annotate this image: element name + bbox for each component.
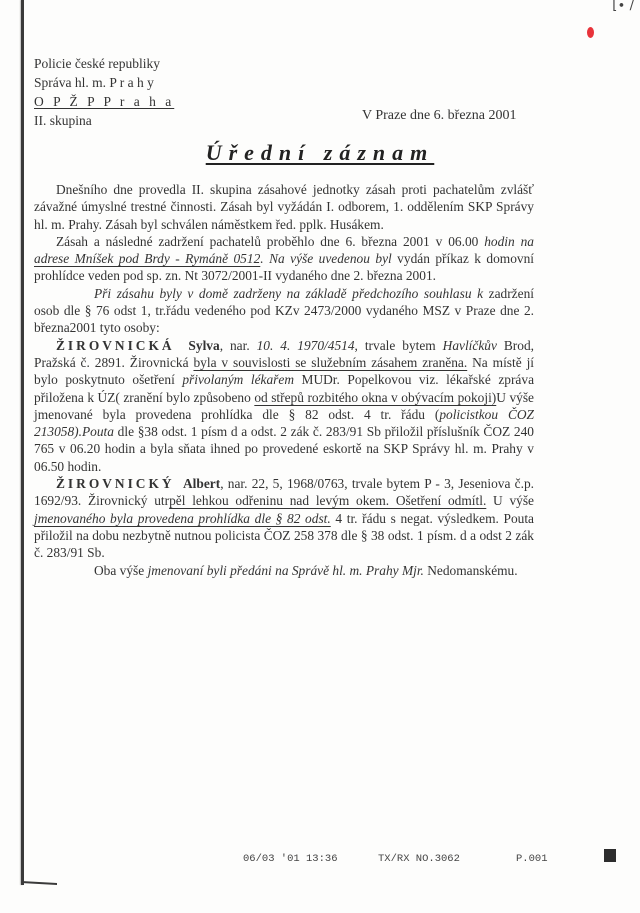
first-name: Sylva [188,338,219,353]
letterhead: Policie české republiky Správa hl. m. P … [34,54,174,130]
fax-timestamp: 06/03 '01 13:36 [243,853,338,865]
org-administration: Správa hl. m. P r a h y [34,73,174,92]
injury-underlined: pěl lehkou odřeninu nad levým okem. Ošet… [169,493,486,508]
paragraph-person-1: ŽIROVNICKÁ Sylva, nar. 10. 4. 1970/4514,… [34,337,534,475]
text: Oba výše [94,563,148,578]
paragraph-detained: Při zásahu byly v domě zadrženy na zákla… [34,285,534,337]
page-left-border [21,0,24,885]
address-underlined: adrese Mníšek pod Brdy - Rymáně 0512 [34,251,260,266]
org-department: O P Ž P P r a h a [34,92,174,111]
document-body: Dnešního dne provedla II. skupina zásaho… [34,181,534,579]
surname: ŽIROVNICKÝ [56,476,175,491]
text: jmenovaní byli předáni na Správě hl. m. … [148,563,424,578]
text: hodin na [484,234,534,249]
paragraph-arrest: Zásah a následné zadržení pachatelů prob… [34,233,534,285]
fax-marker-square-icon [604,849,616,862]
search-underlined: jmenovaného byla provedena prohlídka dle… [34,511,331,526]
text: U výše [486,493,534,508]
red-ink-dot-icon [587,27,594,38]
paragraph-intro: Dnešního dne provedla II. skupina zásaho… [34,181,534,233]
org-police: Policie české republiky [34,54,174,73]
paragraph-person-2: ŽIROVNICKÝ Albert, nar. 22, 5, 1968/0763… [34,475,534,561]
text: , nar. [220,338,257,353]
handwritten-margin-mark: [∙ ∕ [612,0,634,13]
document-title: Úřední záznam [0,140,640,166]
page-left-border-foot [21,881,57,885]
document-date: V Praze dne 6. března 2001 [362,108,516,124]
text: Při zásahu byly v domě zadrženy na zákla… [94,286,483,301]
paragraph-handover: Oba výše jmenovaní byli předáni na Správ… [34,562,534,579]
text: , trvale bytem [355,338,443,353]
text: Zásah a následné zadržení pachatelů prob… [56,234,484,249]
text: . Na výše uvedenou byl [260,251,391,266]
fax-transmission-number: TX/RX NO.3062 [378,853,460,865]
first-name: Albert [183,476,220,491]
text: přivolaným lékařem [182,372,294,387]
org-group: II. skupina [34,111,174,130]
cause-underlined: od střepů rozbitého okna v obývacím poko… [254,390,496,405]
injury-underlined: byla v souvislosti se služebním zásahem … [193,355,467,370]
fax-page-number: P.001 [516,853,548,865]
text: Havlíčkův [443,338,497,353]
text: Nedomanskému. [424,563,518,578]
surname: ŽIROVNICKÁ [56,338,175,353]
birth-number: 10. 4. 1970/4514 [257,338,355,353]
